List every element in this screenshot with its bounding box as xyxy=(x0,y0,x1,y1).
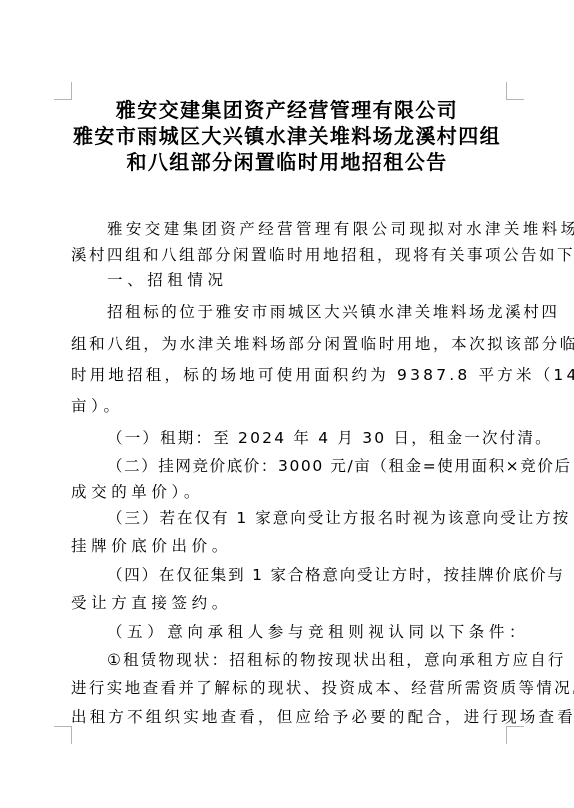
clause-reserve-price-cont: 成交的单价）。 xyxy=(71,482,511,502)
section-heading-rental-info: 一、招租情况 xyxy=(107,270,547,290)
condition-item-current-state-cont: 出租方不组织实地查看，但应给予必要的配合，进行现场查看产 xyxy=(71,707,511,727)
paragraph-line: 时用地招租，标的场地可使用面积约为 9387.8 平方米（14.08 xyxy=(71,365,511,385)
condition-item-current-state: ①租赁物现状：招租标的物按现状出租，意向承租方应自行 xyxy=(107,650,547,670)
margin-corner-mark-bottom-right xyxy=(506,726,524,744)
title-line-company: 雅安交建集团资产经营管理有限公司 xyxy=(60,98,514,122)
title-line-location: 雅安市雨城区大兴镇水津关堆料场龙溪村四组 xyxy=(60,124,514,148)
clause-single-bidder-cont: 挂牌价底价出价。 xyxy=(71,536,511,556)
paragraph-line: 组和八组，为水津关堆料场部分闲置临时用地，本次拟该部分临 xyxy=(71,334,511,354)
clause-conditions: （五）意向承租人参与竞租则视认同以下条件： xyxy=(107,622,547,642)
intro-paragraph-line: 雅安交建集团资产经营管理有限公司现拟对水津关堆料场龙 xyxy=(107,219,547,239)
condition-item-current-state-cont: 进行实地查看并了解标的现状、投资成本、经营所需资质等情况。 xyxy=(71,678,511,698)
clause-single-bidder: （三）若在仅有 1 家意向受让方报名时视为该意向受让方按 xyxy=(107,508,547,528)
clause-reserve-price: （二）挂网竞价底价：3000 元/亩（租金=使用面积×竞价后 xyxy=(107,456,547,476)
intro-paragraph-line: 溪村四组和八组部分闲置临时用地招租，现将有关事项公告如下： xyxy=(71,245,511,265)
paragraph-line: 亩）。 xyxy=(71,396,511,416)
paragraph-line: 招租标的位于雅安市雨城区大兴镇水津关堆料场龙溪村四 xyxy=(107,302,547,322)
clause-direct-signing-cont: 受让方直接签约。 xyxy=(71,593,511,613)
clause-lease-term: （一）租期：至 2024 年 4 月 30 日，租金一次付清。 xyxy=(107,428,547,448)
title-line-subject: 和八组部分闲置临时用地招租公告 xyxy=(60,150,514,174)
document-page: 雅安交建集团资产经营管理有限公司 雅安市雨城区大兴镇水津关堆料场龙溪村四组 和八… xyxy=(0,0,574,808)
clause-direct-signing: （四）在仅征集到 1 家合格意向受让方时，按挂牌价底价与 xyxy=(107,565,547,585)
margin-corner-mark-bottom-left xyxy=(54,726,72,744)
